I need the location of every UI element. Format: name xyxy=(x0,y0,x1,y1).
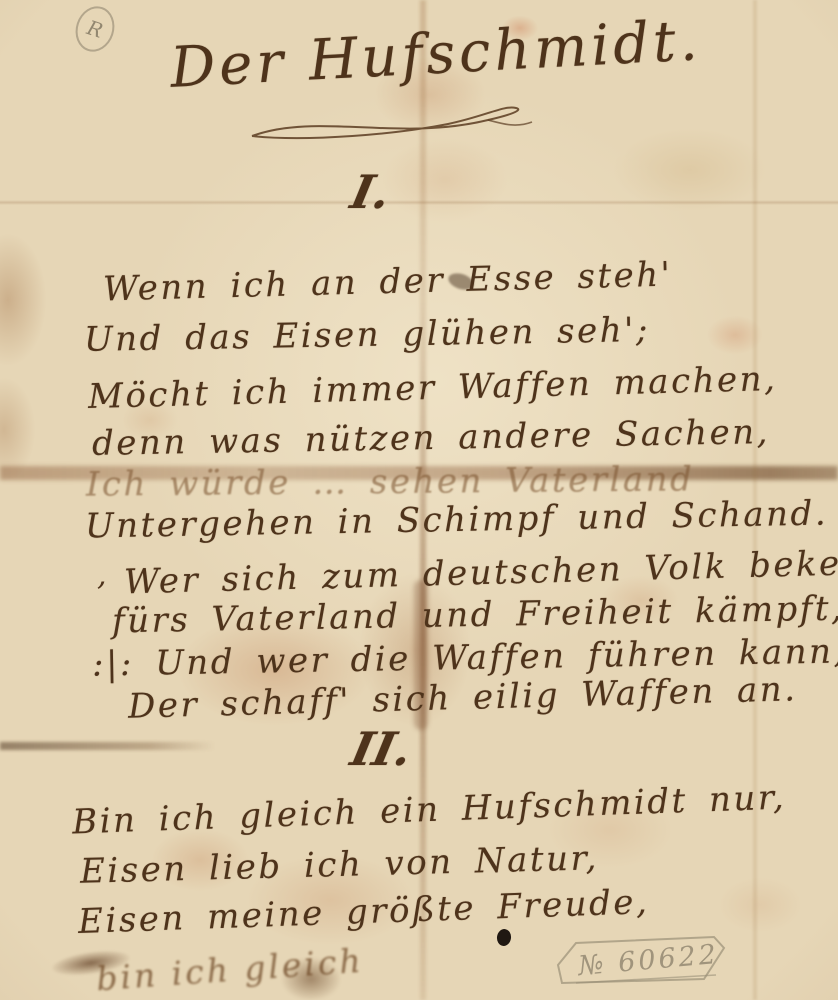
manuscript-page: R Der Hufschmidt. I. Wenn ich an der Ess… xyxy=(0,0,838,1000)
poem-line: denn was nützen andere Sachen, xyxy=(92,412,770,464)
poem-line: Eisen lieb ich von Natur, xyxy=(80,838,600,892)
fold-crease-horizontal-lower-left xyxy=(0,742,215,750)
archival-number-cartouche: № 60622 xyxy=(548,933,738,995)
ink-dot xyxy=(496,928,512,947)
poem-line: Möcht ich immer Waffen machen, xyxy=(88,359,778,417)
stanza-2-numeral: II. xyxy=(346,722,417,776)
pencil-collector-mark: R xyxy=(70,1,120,56)
stanza-1-numeral: I. xyxy=(346,165,395,219)
flourish-divider-icon xyxy=(248,102,538,148)
poem-line: Wenn ich an der Esse steh' xyxy=(103,255,673,310)
document-title: Der Hufschmidt. xyxy=(169,8,703,101)
poem-line: Bin ich gleich ein Hufschmidt nur, xyxy=(72,778,787,843)
poem-line: Und das Eisen glühen seh'; xyxy=(84,310,651,360)
collector-mark-letter: R xyxy=(84,15,106,42)
margin-comma-mark: , xyxy=(97,558,107,593)
fold-crease-horizontal-top xyxy=(0,200,838,205)
